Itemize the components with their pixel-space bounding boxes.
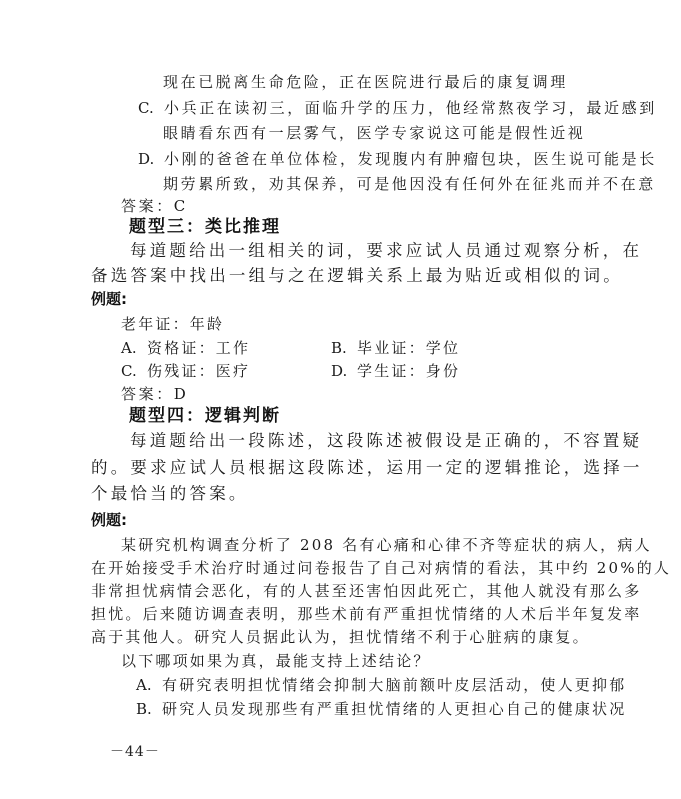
option-text: 小刚的爸爸在单位体检，发现腹内有肿瘤包块，医生说可能是长 [164, 150, 657, 168]
example-label: 例题: [91, 510, 127, 530]
answer-text: 答案：D [121, 384, 188, 404]
section-description-line: 每道题给出一段陈述，这段陈述被假设是正确的，不容置疑 [130, 430, 642, 452]
passage-line: 在开始接受手术治疗时通过问卷报告了自己对病情的看法，其中约 20%的人 [91, 558, 671, 578]
document-page: 现在已脱离生命危险，正在医院进行最后的康复调理 C.小兵正在读初三，面临升学的压… [0, 0, 681, 799]
option-label: D. [331, 361, 357, 381]
passage-line: 某研究机构调查分析了 208 名有心痛和心律不齐等症状的病人，病人 [121, 535, 652, 555]
section-description-line: 备选答案中找出一组与之在逻辑关系上最为贴近或相似的词。 [91, 265, 623, 287]
option-label: C. [138, 98, 164, 118]
option-d-line2: 期劳累所致，劝其保养，可是他因没有任何外在征兆而并不在意 [163, 174, 656, 194]
passage-line: 非常担忧病情会恶化，有的人甚至还害怕因此死亡，其他人就没有那么多 [91, 581, 641, 601]
option-text: 学生证：身份 [357, 362, 460, 380]
option-text: 有研究表明担忧情绪会抑制大脑前额叶皮层活动，使人更抑郁 [162, 676, 626, 694]
option-label: A. [136, 675, 162, 695]
section-heading-logic: 题型四：逻辑判断 [129, 405, 281, 427]
option-b-continuation: 现在已脱离生命危险，正在医院进行最后的康复调理 [163, 72, 568, 92]
section-description-line: 的。要求应试人员根据这段陈述，运用一定的逻辑推论，选择一 [91, 457, 643, 479]
option-d-line1: D.小刚的爸爸在单位体检，发现腹内有肿瘤包块，医生说可能是长 [138, 149, 657, 169]
option-a: A.资格证：工作 [121, 338, 250, 358]
passage-line: 高于其他人。研究人员据此认为，担忧情绪不利于心脏病的康复。 [91, 627, 590, 647]
option-text: 研究人员发现那些有严重担忧情绪的人更担心自己的健康状况 [162, 700, 626, 718]
option-text: 资格证：工作 [147, 339, 250, 357]
option-label: C. [121, 361, 147, 381]
example-label: 例题: [91, 289, 127, 309]
page-number: －44－ [110, 743, 160, 761]
option-c: C.伤残证：医疗 [121, 361, 250, 381]
option-a: A.有研究表明担忧情绪会抑制大脑前额叶皮层活动，使人更抑郁 [136, 675, 626, 695]
section-description-line: 个最恰当的答案。 [91, 483, 249, 505]
option-c-line2: 眼睛看东西有一层雾气，医学专家说这可能是假性近视 [163, 123, 585, 143]
example-question: 老年证：年龄 [121, 314, 224, 334]
option-c-line1: C.小兵正在读初三，面临升学的压力，他经常熬夜学习，最近感到 [138, 98, 657, 118]
answer-text: 答案：C [121, 196, 188, 216]
option-label: B. [136, 699, 162, 719]
option-label: A. [121, 338, 147, 358]
option-b: B.毕业证：学位 [331, 338, 460, 358]
option-text: 毕业证：学位 [357, 339, 460, 357]
option-d: D.学生证：身份 [331, 361, 460, 381]
option-text: 小兵正在读初三，面临升学的压力，他经常熬夜学习，最近感到 [164, 99, 657, 117]
option-b: B.研究人员发现那些有严重担忧情绪的人更担心自己的健康状况 [136, 699, 626, 719]
passage-line: 担忧。后来随访调查表明，那些术前有严重担忧情绪的人术后半年复发率 [91, 604, 641, 624]
example-question: 以下哪项如果为真，最能支持上述结论？ [121, 651, 431, 671]
section-heading-analogy: 题型三：类比推理 [129, 216, 281, 238]
section-description-line: 每道题给出一组相关的词，要求应试人员通过观察分析，在 [130, 240, 642, 262]
option-label: D. [138, 149, 164, 169]
option-text: 伤残证：医疗 [147, 362, 250, 380]
option-label: B. [331, 338, 357, 358]
